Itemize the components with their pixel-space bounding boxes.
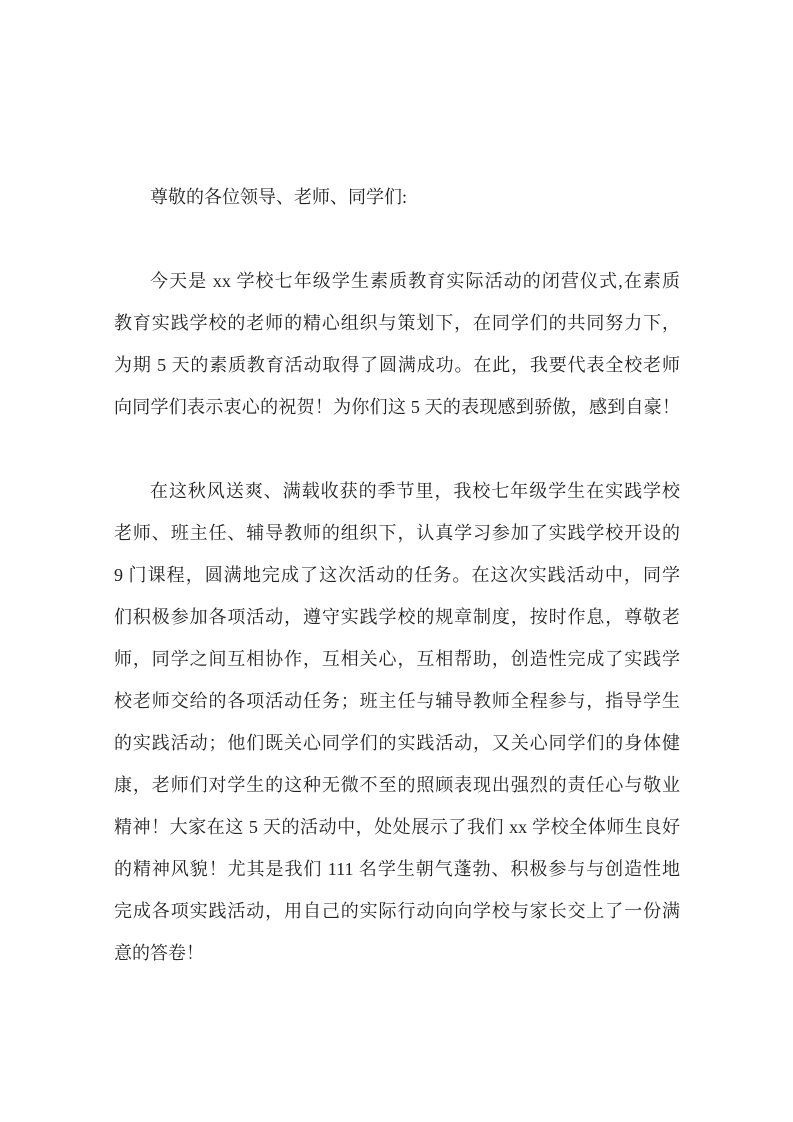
paragraph: 在这秋风送爽、满载收获的季节里，我校七年级学生在实践学校老师、班主任、辅导教师的… xyxy=(114,470,680,974)
text-line: 完成各项实践活动，用自己的实际行动向向学校与家长交上了一份满 xyxy=(114,890,680,932)
text-line: 精神！大家在这 5 天的活动中，处处展示了我们 xx 学校全体师生良好 xyxy=(114,806,680,848)
text-line: 老师、班主任、辅导教师的组织下，认真学习参加了实践学校开设的 xyxy=(114,512,680,554)
document-page: 尊敬的各位领导、老师、同学们: 今天是 xx 学校七年级学生素质教育实际活动的闭… xyxy=(0,0,793,1122)
text-line: 师，同学之间互相协作，互相关心，互相帮助，创造性完成了实践学 xyxy=(114,638,680,680)
text-line: 为期 5 天的素质教育活动取得了圆满成功。在此，我要代表全校老师 xyxy=(114,344,680,386)
greeting-line: 尊敬的各位领导、老师、同学们: xyxy=(114,176,680,218)
text-line: 意的答卷！ xyxy=(114,932,680,974)
text-line: 校老师交给的各项活动任务；班主任与辅导教师全程参与，指导学生 xyxy=(114,680,680,722)
text-line: 教育实践学校的老师的精心组织与策划下，在同学们的共同努力下， xyxy=(114,302,680,344)
text-line: 今天是 xx 学校七年级学生素质教育实际活动的闭营仪式,在素质 xyxy=(114,260,680,302)
document-content: 尊敬的各位领导、老师、同学们: 今天是 xx 学校七年级学生素质教育实际活动的闭… xyxy=(114,176,680,1016)
text-line: 在这秋风送爽、满载收获的季节里，我校七年级学生在实践学校 xyxy=(114,470,680,512)
text-line: 的实践活动；他们既关心同学们的实践活动，又关心同学们的身体健 xyxy=(114,722,680,764)
paragraph-container: 今天是 xx 学校七年级学生素质教育实际活动的闭营仪式,在素质教育实践学校的老师… xyxy=(114,260,680,974)
text-line: 康，老师们对学生的这种无微不至的照顾表现出强烈的责任心与敬业 xyxy=(114,764,680,806)
text-line: 向同学们表示衷心的祝贺！为你们这 5 天的表现感到骄傲，感到自豪！ xyxy=(114,386,680,428)
text-line: 的精神风貌！尤其是我们 111 名学生朝气蓬勃、积极参与与创造性地 xyxy=(114,848,680,890)
greeting-paragraph: 尊敬的各位领导、老师、同学们: xyxy=(114,176,680,218)
text-line: 们积极参加各项活动，遵守实践学校的规章制度，按时作息，尊敬老 xyxy=(114,596,680,638)
paragraph: 今天是 xx 学校七年级学生素质教育实际活动的闭营仪式,在素质教育实践学校的老师… xyxy=(114,260,680,428)
text-line: 9 门课程，圆满地完成了这次活动的任务。在这次实践活动中，同学 xyxy=(114,554,680,596)
